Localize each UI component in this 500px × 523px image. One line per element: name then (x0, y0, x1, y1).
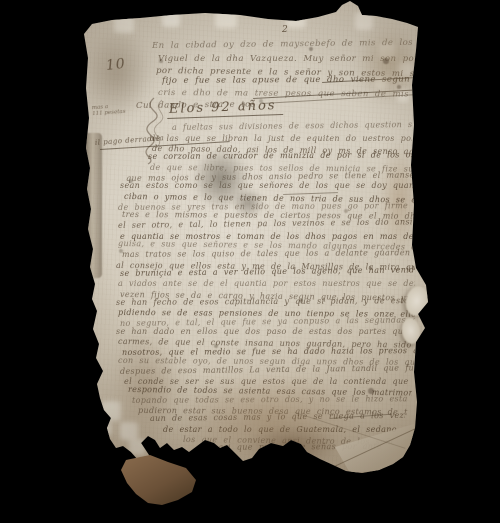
top-edge-damage (95, 20, 97, 22)
manuscript-page: 2 10 mas a 111 pesetas il pago derradela… (0, 0, 500, 523)
dirt-specks (0, 0, 2, 2)
vignette-shading (0, 0, 500, 523)
torn-brown-flap (120, 454, 200, 508)
photograph: 2 10 mas a 111 pesetas il pago derradela… (0, 0, 500, 523)
